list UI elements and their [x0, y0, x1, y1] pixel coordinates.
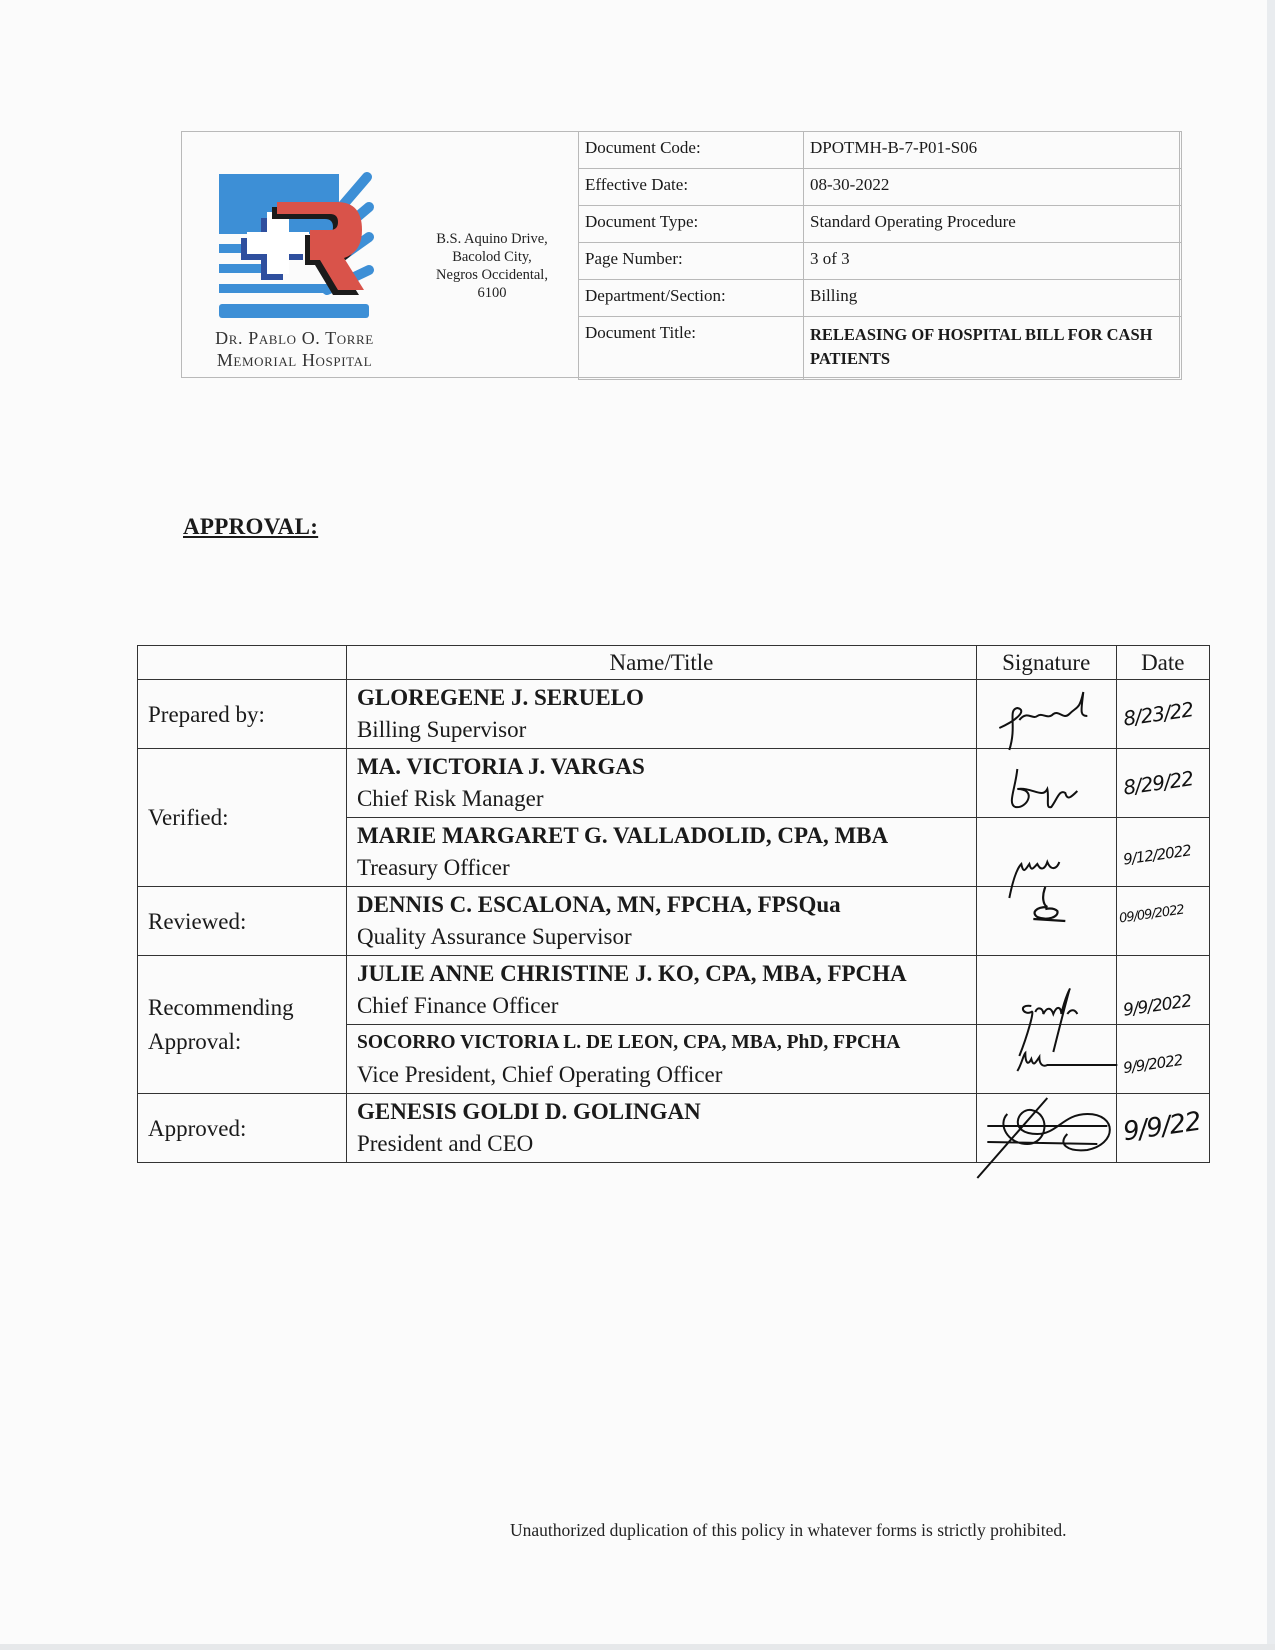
hospital-name-line-2: Memorial Hospital	[182, 349, 407, 371]
date-cell: 09/09/2022	[1116, 887, 1209, 956]
approval-table: Name/Title Signature Date Prepared by: G…	[137, 645, 1210, 1163]
meta-label: Document Type:	[579, 206, 804, 243]
table-row: Reviewed: DENNIS C. ESCALONA, MN, FPCHA,…	[138, 887, 1210, 956]
meta-value: DPOTMH-B-7-P01-S06	[804, 132, 1182, 169]
address-line: B.S. Aquino Drive,	[412, 230, 572, 248]
meta-row-page-number: Page Number: 3 of 3	[579, 243, 1182, 280]
date-cell: 8/23/22	[1116, 680, 1209, 749]
handwritten-signature-icon	[977, 1094, 1116, 1162]
meta-row-effective-date: Effective Date: 08-30-2022	[579, 169, 1182, 206]
table-row: Approved: GENESIS GOLDI D. GOLINGAN Pres…	[138, 1094, 1210, 1163]
hospital-logo-icon	[217, 172, 377, 322]
date-cell: 9/9/2022	[1116, 1025, 1209, 1094]
signatory-name: MA. VICTORIA J. VARGAS	[357, 751, 966, 783]
handwritten-signature-icon	[977, 887, 1116, 955]
column-header-name-title: Name/Title	[346, 646, 976, 680]
handwritten-signature-icon	[977, 1025, 1116, 1093]
signatory-title: President and CEO	[357, 1128, 966, 1160]
column-header-role	[138, 646, 347, 680]
meta-row-code: Document Code: DPOTMH-B-7-P01-S06	[579, 132, 1182, 169]
role-label: Recommending Approval:	[138, 956, 347, 1094]
document-meta-table: Document Code: DPOTMH-B-7-P01-S06 Effect…	[578, 131, 1182, 380]
name-title-cell: MARIE MARGARET G. VALLADOLID, CPA, MBA T…	[346, 818, 976, 887]
meta-label: Document Code:	[579, 132, 804, 169]
signatory-name: DENNIS C. ESCALONA, MN, FPCHA, FPSQua	[357, 889, 966, 921]
meta-value: 3 of 3	[804, 243, 1182, 280]
address-line: Negros Occidental,	[412, 266, 572, 284]
signature-cell	[976, 1025, 1116, 1094]
signature-cell	[976, 1094, 1116, 1163]
table-row: Prepared by: GLOREGENE J. SERUELO Billin…	[138, 680, 1210, 749]
handwritten-signature-icon	[977, 956, 1116, 1024]
handwritten-date: 9/12/2022	[1122, 841, 1192, 868]
date-cell: 8/29/22	[1116, 749, 1209, 818]
approval-header-row: Name/Title Signature Date	[138, 646, 1210, 680]
table-row: Recommending Approval: JULIE ANNE CHRIST…	[138, 956, 1210, 1025]
signature-cell	[976, 749, 1116, 818]
hospital-branding: Dr. Pablo O. Torre Memorial Hospital B.S…	[182, 132, 579, 377]
handwritten-date: 9/9/22	[1121, 1107, 1202, 1148]
signature-cell	[976, 887, 1116, 956]
document-title: RELEASING OF HOSPITAL BILL FOR CASH PATI…	[804, 317, 1182, 380]
column-header-date: Date	[1116, 646, 1209, 680]
meta-label: Page Number:	[579, 243, 804, 280]
role-label: Verified:	[138, 749, 347, 887]
signatory-name: GLOREGENE J. SERUELO	[357, 682, 966, 714]
signatory-title: Chief Risk Manager	[357, 783, 966, 815]
signatory-name: GENESIS GOLDI D. GOLINGAN	[357, 1096, 966, 1128]
signatory-title: Billing Supervisor	[357, 714, 966, 746]
handwritten-signature-icon	[977, 818, 1116, 886]
handwritten-date: 8/23/22	[1121, 697, 1194, 731]
meta-row-title: Document Title: RELEASING OF HOSPITAL BI…	[579, 317, 1182, 380]
signatory-title: Quality Assurance Supervisor	[357, 921, 966, 953]
signatory-name: SOCORRO VICTORIA L. DE LEON, CPA, MBA, P…	[357, 1027, 966, 1059]
name-title-cell: DENNIS C. ESCALONA, MN, FPCHA, FPSQua Qu…	[346, 887, 976, 956]
address-line: Bacolod City,	[412, 248, 572, 266]
duplication-notice: Unauthorized duplication of this policy …	[510, 1520, 1066, 1541]
meta-row-department: Department/Section: Billing	[579, 280, 1182, 317]
table-row: Verified: MA. VICTORIA J. VARGAS Chief R…	[138, 749, 1210, 818]
signature-cell	[976, 680, 1116, 749]
role-label: Prepared by:	[138, 680, 347, 749]
scan-page-edge	[1267, 0, 1275, 1650]
signatory-name: JULIE ANNE CHRISTINE J. KO, CPA, MBA, FP…	[357, 958, 966, 990]
date-cell: 9/9/22	[1116, 1094, 1209, 1163]
meta-value: 08-30-2022	[804, 169, 1182, 206]
meta-row-type: Document Type: Standard Operating Proced…	[579, 206, 1182, 243]
meta-value: Standard Operating Procedure	[804, 206, 1182, 243]
hospital-name-line-1: Dr. Pablo O. Torre	[182, 327, 407, 349]
column-header-signature: Signature	[976, 646, 1116, 680]
hospital-address: B.S. Aquino Drive, Bacolod City, Negros …	[412, 230, 572, 302]
scan-page-bottom	[0, 1644, 1275, 1650]
handwritten-signature-icon	[977, 749, 1116, 817]
role-label: Reviewed:	[138, 887, 347, 956]
handwritten-date: 8/29/22	[1121, 766, 1194, 800]
meta-label: Department/Section:	[579, 280, 804, 317]
handwritten-date: 09/09/2022	[1118, 903, 1184, 927]
address-line: 6100	[412, 284, 572, 302]
role-label: Approved:	[138, 1094, 347, 1163]
signature-cell	[976, 818, 1116, 887]
handwritten-date: 9/9/2022	[1121, 991, 1191, 1020]
approval-heading: APPROVAL:	[183, 514, 318, 540]
signatory-title: Vice President, Chief Operating Officer	[357, 1059, 966, 1091]
handwritten-date: 9/9/2022	[1122, 1051, 1183, 1077]
signature-cell	[976, 956, 1116, 1025]
document-header: Dr. Pablo O. Torre Memorial Hospital B.S…	[181, 131, 1180, 378]
name-title-cell: MA. VICTORIA J. VARGAS Chief Risk Manage…	[346, 749, 976, 818]
signatory-title: Treasury Officer	[357, 852, 966, 884]
signatory-title: Chief Finance Officer	[357, 990, 966, 1022]
name-title-cell: GLOREGENE J. SERUELO Billing Supervisor	[346, 680, 976, 749]
date-cell: 9/9/2022	[1116, 956, 1209, 1025]
meta-label: Effective Date:	[579, 169, 804, 206]
meta-label: Document Title:	[579, 317, 804, 380]
name-title-cell: JULIE ANNE CHRISTINE J. KO, CPA, MBA, FP…	[346, 956, 976, 1025]
date-cell: 9/12/2022	[1116, 818, 1209, 887]
signatory-name: MARIE MARGARET G. VALLADOLID, CPA, MBA	[357, 820, 966, 852]
handwritten-signature-icon	[977, 680, 1116, 748]
name-title-cell: SOCORRO VICTORIA L. DE LEON, CPA, MBA, P…	[346, 1025, 976, 1094]
hospital-name: Dr. Pablo O. Torre Memorial Hospital	[182, 327, 407, 371]
meta-value: Billing	[804, 280, 1182, 317]
name-title-cell: GENESIS GOLDI D. GOLINGAN President and …	[346, 1094, 976, 1163]
